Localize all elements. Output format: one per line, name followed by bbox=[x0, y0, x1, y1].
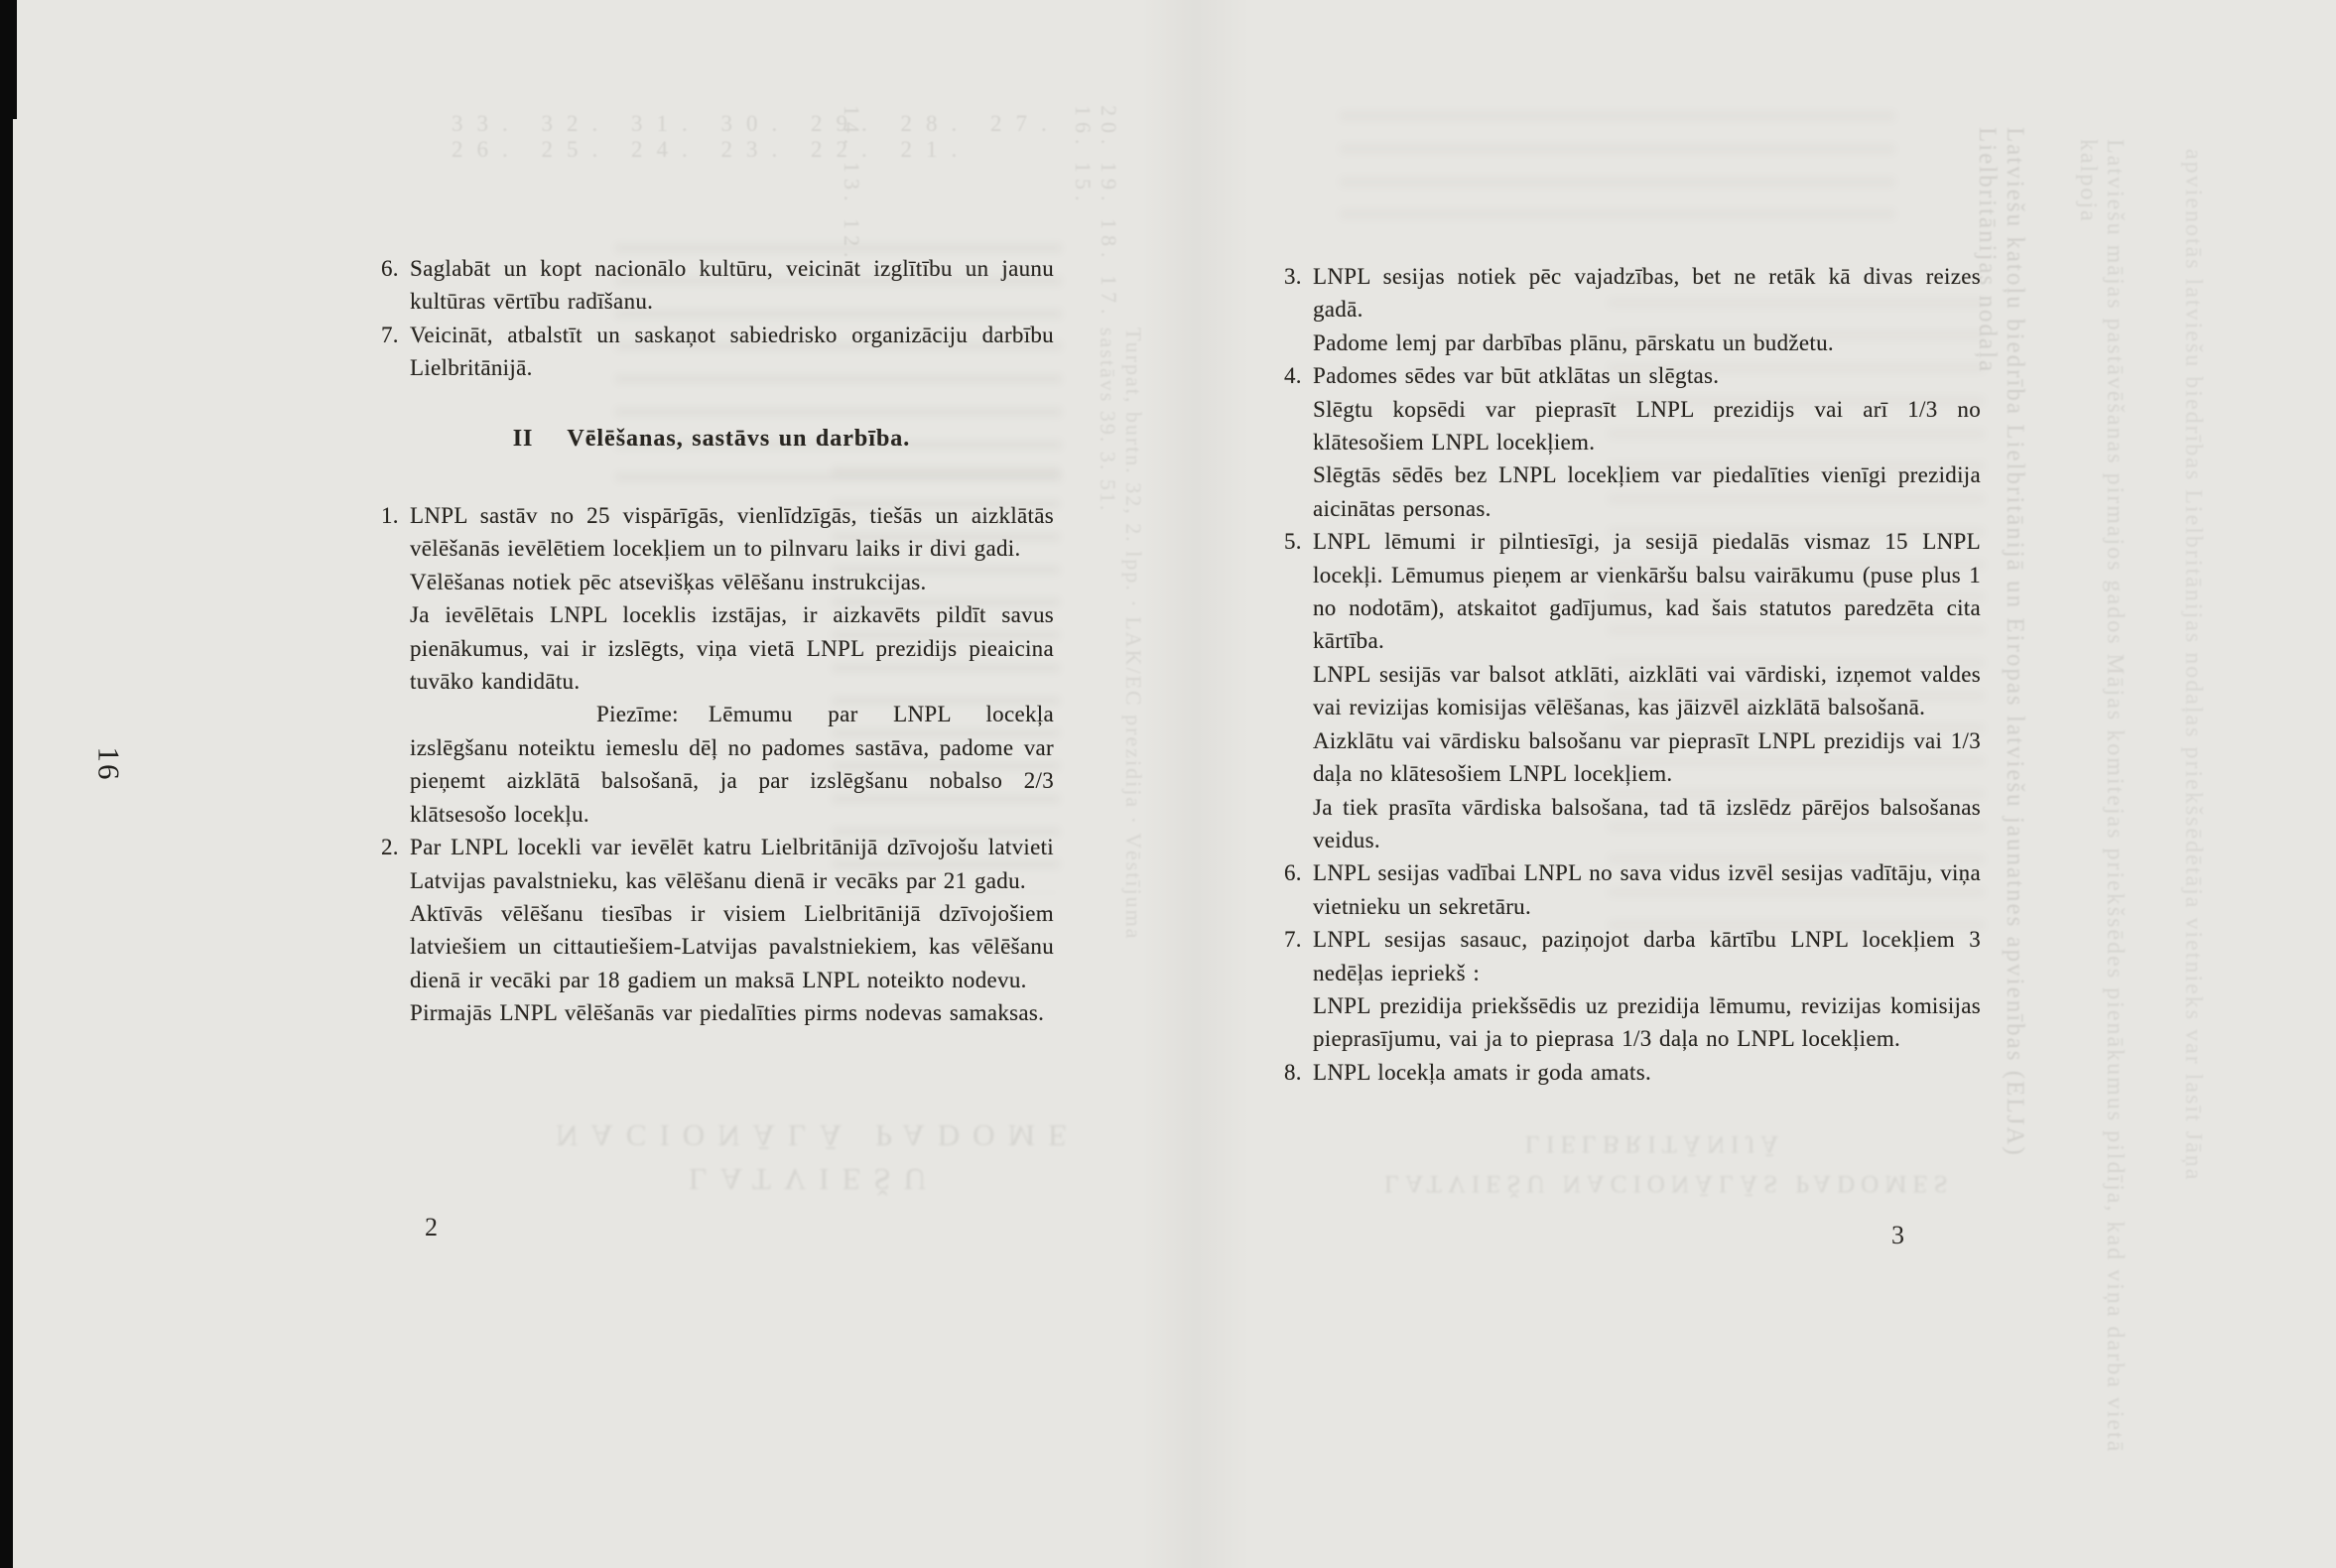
item-text: Pirmajās LNPL vēlēšanās var piedalīties … bbox=[410, 996, 1054, 1029]
margin-folio-16: 16 bbox=[91, 747, 127, 782]
bleed-through-title-line: LATVIEŠU bbox=[556, 1157, 1072, 1201]
section-heading: IIVēlēšanas, sastāvs un darbība. bbox=[369, 423, 1054, 456]
item-text: LNPL locekļa amats ir goda amats. bbox=[1313, 1056, 1981, 1089]
statute-item-5: 5. LNPL lēmumi ir pilntiesīgi, ja sesijā… bbox=[1272, 525, 1981, 856]
bleed-through-numbers-row: 33. 32. 31. 30. 29. 28. 27. 26. 25. 24. … bbox=[452, 111, 1087, 163]
item-number: 4. bbox=[1284, 359, 1302, 392]
note-text: Lēmumu par LNPL locekļa izslēgšanu notei… bbox=[410, 702, 1054, 826]
item-text: Padome lemj par darbības plānu, pārskatu… bbox=[1313, 327, 1981, 359]
page-number-left: 2 bbox=[425, 1213, 438, 1242]
item-text: Vēlēšanas notiek pēc atsevišķas vēlēšanu… bbox=[410, 566, 1054, 598]
bleed-through-margin-column: Latviešu mājas pastāvēšanas pirmajos gad… bbox=[2074, 139, 2128, 1459]
item-text: LNPL lēmumi ir pilntiesīgi, ja sesijā pi… bbox=[1313, 525, 1981, 658]
item-text: Aizklātu vai vārdisku balsošanu var piep… bbox=[1313, 724, 1981, 791]
item-number: 5. bbox=[1284, 525, 1302, 558]
statute-item-2: 2. Par LNPL locekli var ievēlēt katru Li… bbox=[369, 831, 1054, 1029]
item-text: Slēgtu kopsēdi var pieprasīt LNPL prezid… bbox=[1313, 393, 1981, 459]
statute-item-6-right: 6. LNPL sesijas vadībai LNPL no sava vid… bbox=[1272, 856, 1981, 923]
item-text: Par LNPL locekli var ievēlēt katru Lielb… bbox=[410, 831, 1054, 897]
bleed-through-title-left-page: LATVIEŠU NACIONĀLĀ PADOME bbox=[556, 1113, 1072, 1201]
item-text: LNPL sesijās var balsot atklāti, aizklāt… bbox=[1313, 658, 1981, 724]
page-right-text-column: 3. LNPL sesijas notiek pēc vajadzības, b… bbox=[1272, 260, 1981, 1089]
item-number: 8. bbox=[1284, 1056, 1302, 1089]
statute-item-7-right: 7. LNPL sesijas sasauc, paziņojot darba … bbox=[1272, 923, 1981, 1056]
bleed-through-title-line: NACIONĀLĀ PADOME bbox=[556, 1113, 1072, 1157]
bleed-through-texture bbox=[1340, 111, 1895, 240]
item-number: 2. bbox=[381, 831, 399, 863]
statute-item-1: 1. LNPL sastāv no 25 vispārīgās, vienlīd… bbox=[369, 499, 1054, 831]
item-text: Saglabāt un kopt nacionālo kultūru, veic… bbox=[410, 252, 1054, 319]
item-text: LNPL sastāv no 25 vispārīgās, vienlīdzīg… bbox=[410, 499, 1054, 566]
item-number: 7. bbox=[381, 319, 399, 351]
scan-edge-black-border bbox=[0, 0, 13, 1568]
item-text: LNPL prezidija priekšsēdis uz prezidija … bbox=[1313, 989, 1981, 1056]
item-text: Padomes sēdes var būt atklātas un slēgta… bbox=[1313, 359, 1981, 392]
bleed-through-title-right-page: LATVIEŠU NACIONĀLĀS PADOMES LIELBRITĀNIJ… bbox=[1384, 1123, 1925, 1203]
statute-item-8: 8. LNPL locekļa amats ir goda amats. bbox=[1272, 1056, 1981, 1089]
scanned-book-spread: 33. 32. 31. 30. 29. 28. 27. 26. 25. 24. … bbox=[0, 0, 2336, 1568]
section-title: Vēlēšanas, sastāvs un darbība. bbox=[567, 426, 910, 452]
note-label: Piezīme: bbox=[596, 702, 679, 726]
page-number-right: 3 bbox=[1891, 1221, 1904, 1250]
bleed-through-title-line: LATVIEŠU NACIONĀLĀS PADOMES bbox=[1384, 1163, 1925, 1203]
page-gutter-shadow bbox=[1141, 0, 1250, 1568]
statute-item-7: 7. Veicināt, atbalstīt un saskaņot sabie… bbox=[369, 319, 1054, 385]
bleed-through-footnote-refs: Turpat, burtn. 32, 2. lpp. · LAK/EC prez… bbox=[1095, 327, 1146, 963]
item-number: 6. bbox=[381, 252, 399, 285]
statute-item-3: 3. LNPL sesijas notiek pēc vajadzības, b… bbox=[1272, 260, 1981, 359]
item-text: Veicināt, atbalstīt un saskaņot sabiedri… bbox=[410, 319, 1054, 385]
item-text: LNPL sesijas notiek pēc vajadzības, bet … bbox=[1313, 260, 1981, 327]
statute-item-4: 4. Padomes sēdes var būt atklātas un slē… bbox=[1272, 359, 1981, 525]
statute-item-6: 6. Saglabāt un kopt nacionālo kultūru, v… bbox=[369, 252, 1054, 319]
page-left-text-column: 6. Saglabāt un kopt nacionālo kultūru, v… bbox=[369, 252, 1054, 1030]
item-number: 7. bbox=[1284, 923, 1302, 956]
bleed-through-numbers-column: 20. 19. 18. 17. 16. 15. bbox=[1070, 105, 1121, 343]
item-text: Ja ievēlētais LNPL loceklis izstājas, ir… bbox=[410, 598, 1054, 698]
item-text: Aktīvās vēlēšanu tiesības ir visiem Liel… bbox=[410, 897, 1054, 996]
item-number: 1. bbox=[381, 499, 399, 532]
bleed-through-margin-column: Latviešu katoļu biedrība Lielbritānijā u… bbox=[1973, 127, 2028, 1288]
item-number: 3. bbox=[1284, 260, 1302, 293]
section-number: II bbox=[513, 426, 534, 452]
item-text: LNPL sesijas vadībai LNPL no sava vidus … bbox=[1313, 856, 1981, 923]
item-number: 6. bbox=[1284, 856, 1302, 889]
item-text: LNPL sesijas sasauc, paziņojot darba kār… bbox=[1313, 923, 1981, 989]
item-text: Ja tiek prasīta vārdiska balsošana, tad … bbox=[1313, 791, 1981, 857]
item-text: Slēgtās sēdēs bez LNPL locekļiem var pie… bbox=[1313, 458, 1981, 525]
item-note: Piezīme:Lēmumu par LNPL locekļa izslēgša… bbox=[410, 698, 1054, 831]
bleed-through-margin-column: apvienotās latviešu biedrības Lielbritān… bbox=[2179, 149, 2206, 1409]
bleed-through-title-line: LIELBRITĀNIJĀ bbox=[1384, 1123, 1925, 1163]
